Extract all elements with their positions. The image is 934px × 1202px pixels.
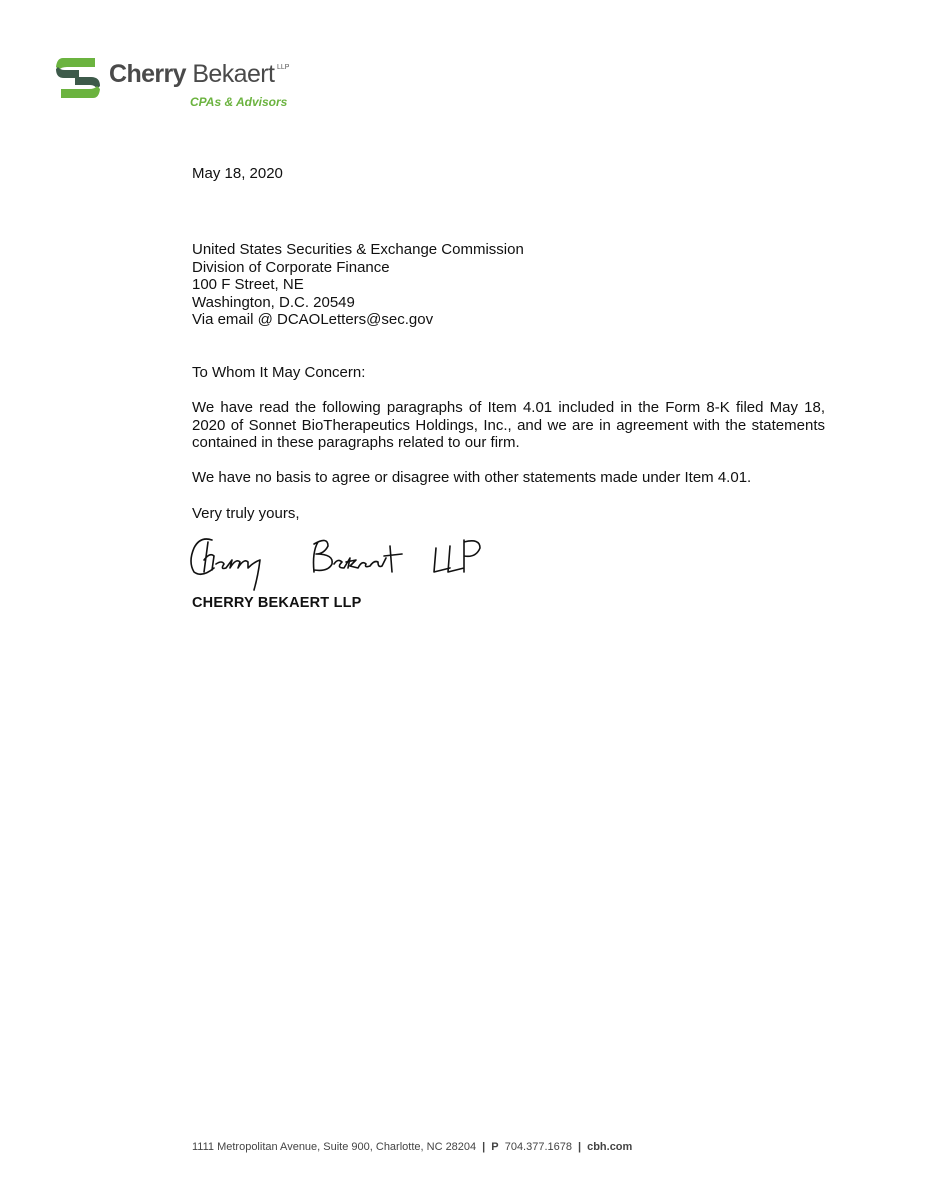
- footer-address: 1111 Metropolitan Avenue, Suite 900, Cha…: [192, 1141, 476, 1153]
- letterhead-logo: Cherry Bekaert LLP CPAs & Advisors: [55, 56, 305, 116]
- recipient-address: United States Securities & Exchange Comm…: [192, 241, 524, 329]
- brand-tagline: CPAs & Advisors: [190, 95, 287, 109]
- recipient-line: Via email @ DCAOLetters@sec.gov: [192, 311, 524, 329]
- cherry-bekaert-logo-icon: [55, 56, 101, 100]
- footer-separator: |: [578, 1141, 581, 1153]
- footer: 1111 Metropolitan Avenue, Suite 900, Cha…: [192, 1141, 632, 1153]
- body-paragraph: We have read the following paragraphs of…: [192, 399, 825, 452]
- recipient-line: Division of Corporate Finance: [192, 259, 524, 277]
- letter-date: May 18, 2020: [192, 165, 283, 183]
- footer-separator: |: [482, 1141, 485, 1153]
- footer-website: cbh.com: [587, 1141, 632, 1153]
- signatory-name: CHERRY BEKAERT LLP: [192, 595, 362, 611]
- brand-name-light: Bekaert: [192, 60, 274, 88]
- brand-name: Cherry Bekaert: [109, 60, 274, 89]
- recipient-line: 100 F Street, NE: [192, 276, 524, 294]
- body-paragraph: We have no basis to agree or disagree wi…: [192, 469, 751, 487]
- recipient-line: United States Securities & Exchange Comm…: [192, 241, 524, 259]
- footer-phone: 704.377.1678: [505, 1141, 572, 1153]
- closing: Very truly yours,: [192, 505, 300, 523]
- salutation: To Whom It May Concern:: [192, 364, 365, 382]
- recipient-line: Washington, D.C. 20549: [192, 294, 524, 312]
- footer-phone-label: P: [491, 1141, 498, 1153]
- brand-name-bold: Cherry: [109, 60, 186, 88]
- brand-suffix: LLP: [277, 64, 289, 71]
- handwritten-signature: [188, 532, 488, 594]
